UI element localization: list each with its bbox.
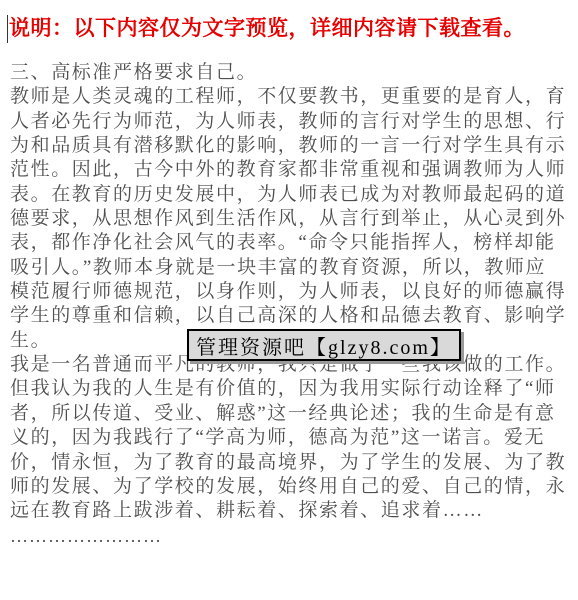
watermark-box: 管理资源吧【glzy8.com】 bbox=[187, 329, 461, 361]
text-line: …………………… bbox=[10, 524, 576, 548]
text-line: 为和品质具有潜移默化的影响，教师的一言一行对学生具有示 bbox=[10, 134, 576, 158]
preview-notice: 说明：以下内容仅为文字预览，详细内容请下载查看。 bbox=[9, 14, 574, 44]
text-line: 吸引人。”教师本身就是一块丰富的教育资源，所以，教师应 bbox=[10, 256, 576, 280]
text-line: 范性。因此，古今中外的教育家都非常重视和强调教师为人师 bbox=[10, 158, 576, 182]
document-body: 三、高标准严格要求自己。教师是人类灵魂的工程师，不仅要教书，更重要的是育人，育人… bbox=[10, 61, 576, 548]
text-line: 表。在教育的历史发展中，为人师表已成为对教师最起码的道 bbox=[10, 183, 576, 207]
text-line: 者，所以传道、受业、解惑”这一经典论述；我的生命是有意 bbox=[10, 402, 576, 426]
text-line: 价，情永恒，为了教育的最高境界，为了学生的发展、为了教 bbox=[10, 451, 576, 475]
watermark-label: 管理资源吧【glzy8.com】 bbox=[196, 331, 452, 360]
text-line: 德要求，从思想作风到生活作风，从言行到举止，从心灵到外 bbox=[10, 207, 576, 231]
document-preview-page: 说明：以下内容仅为文字预览，详细内容请下载查看。 三、高标准严格要求自己。教师是… bbox=[0, 0, 578, 600]
text-line: 师的发展、为了学校的发展，始终用自己的爱、自己的情，永 bbox=[10, 475, 576, 499]
text-line: 人者必先行为师范，为人师表，教师的言行对学生的思想、行 bbox=[10, 110, 576, 134]
text-cursor bbox=[7, 15, 8, 43]
text-line: 远在教育路上跋涉着、耕耘着、探索着、追求着…… bbox=[10, 499, 576, 523]
text-line: 三、高标准严格要求自己。 bbox=[10, 61, 576, 85]
text-line: 但我认为我的人生是有价值的，因为我用实际行动诠释了“师 bbox=[10, 377, 576, 401]
text-line: 义的，因为我践行了“学高为师，德高为范”这一诺言。爱无 bbox=[10, 426, 576, 450]
text-line: 模范履行师德规范，以身作则，为人师表，以良好的师德赢得 bbox=[10, 280, 576, 304]
text-line: 教师是人类灵魂的工程师，不仅要教书，更重要的是育人，育 bbox=[10, 85, 576, 109]
text-line: 学生的尊重和信赖，以自己高深的人格和品德去教育、影响学 bbox=[10, 304, 576, 328]
text-line: 表，都作净化社会风气的表率。“命令只能指挥人，榜样却能 bbox=[10, 231, 576, 255]
